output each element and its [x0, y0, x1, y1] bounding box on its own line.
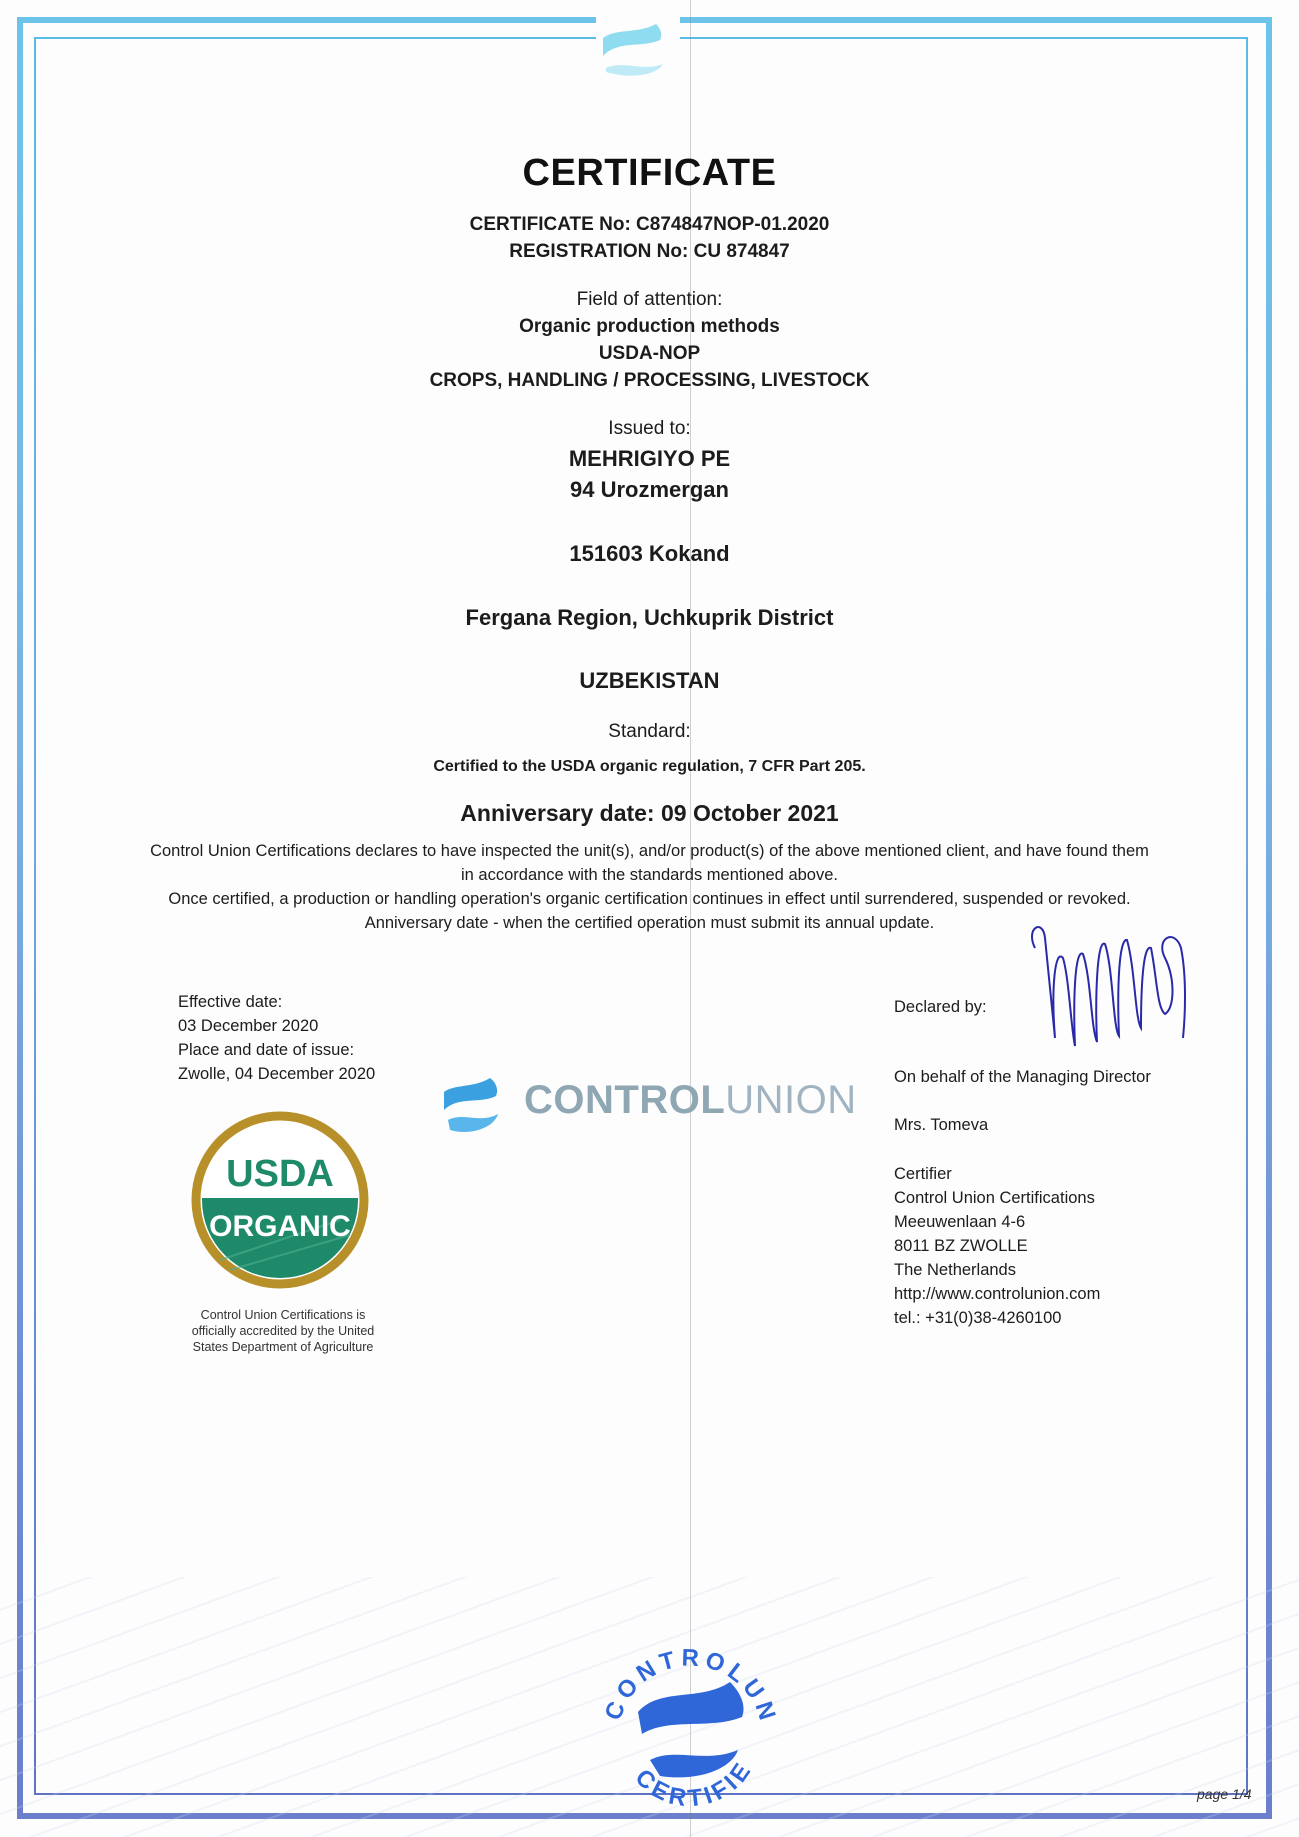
organic-text: ORGANIC: [209, 1210, 351, 1243]
control-union-certified-seal: CONTROLUNION CERTIFIED: [590, 1612, 790, 1827]
on-behalf-text: On behalf of the Managing Director: [894, 1065, 1151, 1089]
standard-label: Standard:: [0, 721, 1299, 743]
usda-organic-seal: USDA ORGANIC: [190, 1110, 370, 1290]
certifier-city: 8011 BZ ZWOLLE: [894, 1234, 1100, 1258]
field-of-attention-line: Organic production methods: [0, 316, 1299, 338]
dates-block: Effective date: 03 December 2020 Place a…: [178, 990, 375, 1086]
effective-date: 03 December 2020: [178, 1014, 375, 1038]
signatory-name: Mrs. Tomeva: [894, 1113, 988, 1137]
issued-to-region: Fergana Region, Uchkuprik District: [0, 605, 1299, 631]
effective-date-label: Effective date:: [178, 990, 375, 1014]
field-of-attention-line: CROPS, HANDLING / PROCESSING, LIVESTOCK: [0, 370, 1299, 392]
issued-to-city: 151603 Kokand: [0, 541, 1299, 567]
control-union-wordmark: CONTROLUNION: [524, 1078, 857, 1123]
anniversary-date: Anniversary date: 09 October 2021: [0, 800, 1299, 827]
field-of-attention-label: Field of attention:: [0, 289, 1299, 311]
control-union-wave-icon: [598, 10, 678, 80]
issue-place-date: Zwolle, 04 December 2020: [178, 1062, 375, 1086]
certifier-website: http://www.controlunion.com: [894, 1282, 1100, 1306]
certifier-country: The Netherlands: [894, 1258, 1100, 1282]
declaration-line: Once certified, a production or handling…: [0, 890, 1299, 909]
issued-to-street: 94 Urozmergan: [0, 477, 1299, 503]
certifier-phone: tel.: +31(0)38-4260100: [894, 1306, 1100, 1330]
signature-image: [1025, 918, 1195, 1058]
page-number: page 1/4: [1197, 1786, 1252, 1802]
issued-to-name: MEHRIGIYO PE: [0, 446, 1299, 472]
declaration-line: Control Union Certifications declares to…: [0, 842, 1299, 861]
field-of-attention-line: USDA-NOP: [0, 343, 1299, 365]
declaration-line: in accordance with the standards mention…: [0, 866, 1299, 885]
control-union-wave-icon: [440, 1070, 510, 1140]
issued-to-label: Issued to:: [0, 418, 1299, 440]
issue-place-label: Place and date of issue:: [178, 1038, 375, 1062]
document-title: CERTIFICATE: [0, 152, 1299, 195]
certificate-number: CERTIFICATE No: C874847NOP-01.2020: [0, 214, 1299, 236]
usda-text: USDA: [226, 1153, 334, 1195]
declared-by-label: Declared by:: [894, 995, 987, 1019]
registration-number: REGISTRATION No: CU 874847: [0, 241, 1299, 263]
certifier-company: Control Union Certifications: [894, 1186, 1100, 1210]
control-union-logo: CONTROLUNION: [440, 1070, 830, 1140]
issued-to-country: UZBEKISTAN: [0, 668, 1299, 694]
certifier-street: Meeuwenlaan 4-6: [894, 1210, 1100, 1234]
usda-accreditation-caption: Control Union Certifications is official…: [168, 1307, 398, 1355]
standard-text: Certified to the USDA organic regulation…: [0, 758, 1299, 776]
certifier-block: Certifier Control Union Certifications M…: [894, 1162, 1100, 1330]
certifier-label: Certifier: [894, 1162, 1100, 1186]
